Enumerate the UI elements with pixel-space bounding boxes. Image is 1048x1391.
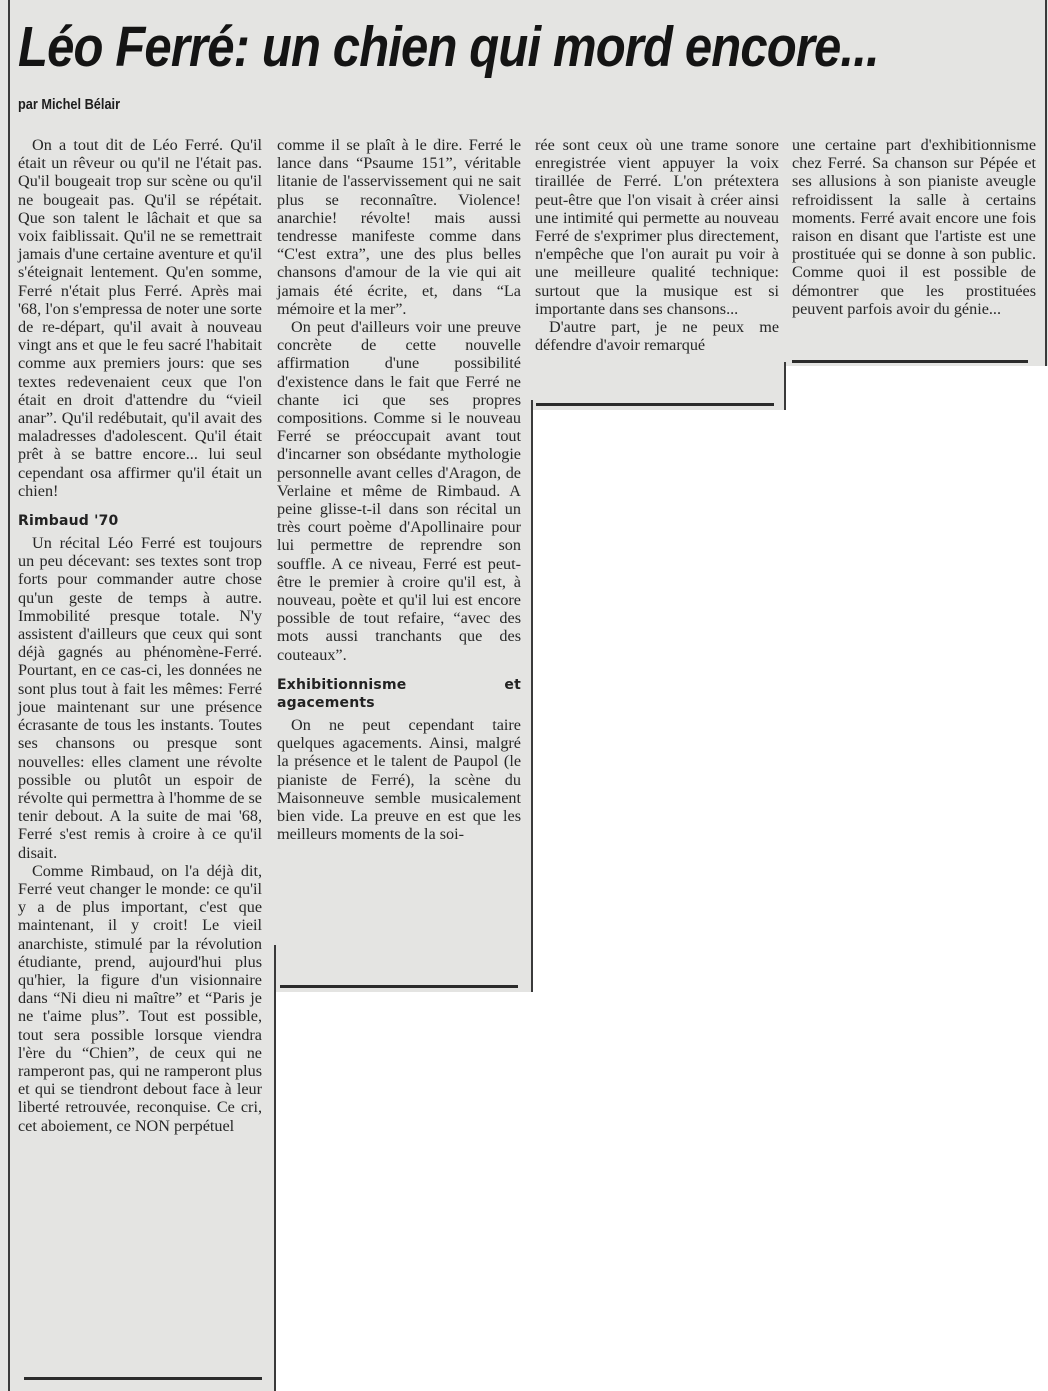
article-column-1: On a tout dit de Léo Ferré. Qu'il était … (18, 136, 262, 1135)
paragraph: une certaine part d'exhibitionnisme chez… (792, 136, 1036, 318)
article-column-2: comme il se plaît à le dire. Ferré le la… (277, 136, 521, 843)
paragraph: On peut d'ailleurs voir une preuve concr… (277, 318, 521, 664)
column-end-rule-3 (536, 403, 774, 406)
subheading-rimbaud: Rimbaud '70 (18, 512, 262, 530)
column-end-rule-1 (24, 1377, 262, 1380)
column-divider-1 (274, 945, 276, 1391)
frame-right-border (1045, 0, 1047, 366)
paragraph: comme il se plaît à le dire. Ferré le la… (277, 136, 521, 318)
frame-left-border (8, 0, 10, 1391)
column-end-rule-4 (792, 360, 1028, 363)
article-column-3: rée sont ceux où une trame sonore enregi… (535, 136, 779, 354)
subheading-exhibitionnisme: Exhibitionnisme et agacements (277, 676, 521, 712)
column-divider-2 (531, 400, 533, 992)
paragraph: Un récital Léo Ferré est toujours un peu… (18, 534, 262, 862)
article-column-4: une certaine part d'exhibitionnisme chez… (792, 136, 1036, 318)
column-end-rule-2 (280, 985, 518, 988)
paragraph: On ne peut cependant taire quelques agac… (277, 716, 521, 843)
article-title: Léo Ferré: un chien qui mord encore... (18, 14, 879, 80)
column-divider-3 (784, 362, 786, 410)
paragraph: D'autre part, je ne peux me défendre d'a… (535, 318, 779, 354)
paragraph: rée sont ceux où une trame sonore enregi… (535, 136, 779, 318)
article-byline: par Michel Bélair (18, 96, 120, 113)
paragraph: On a tout dit de Léo Ferré. Qu'il était … (18, 136, 262, 500)
paragraph: Comme Rimbaud, on l'a déjà dit, Ferré ve… (18, 862, 262, 1135)
